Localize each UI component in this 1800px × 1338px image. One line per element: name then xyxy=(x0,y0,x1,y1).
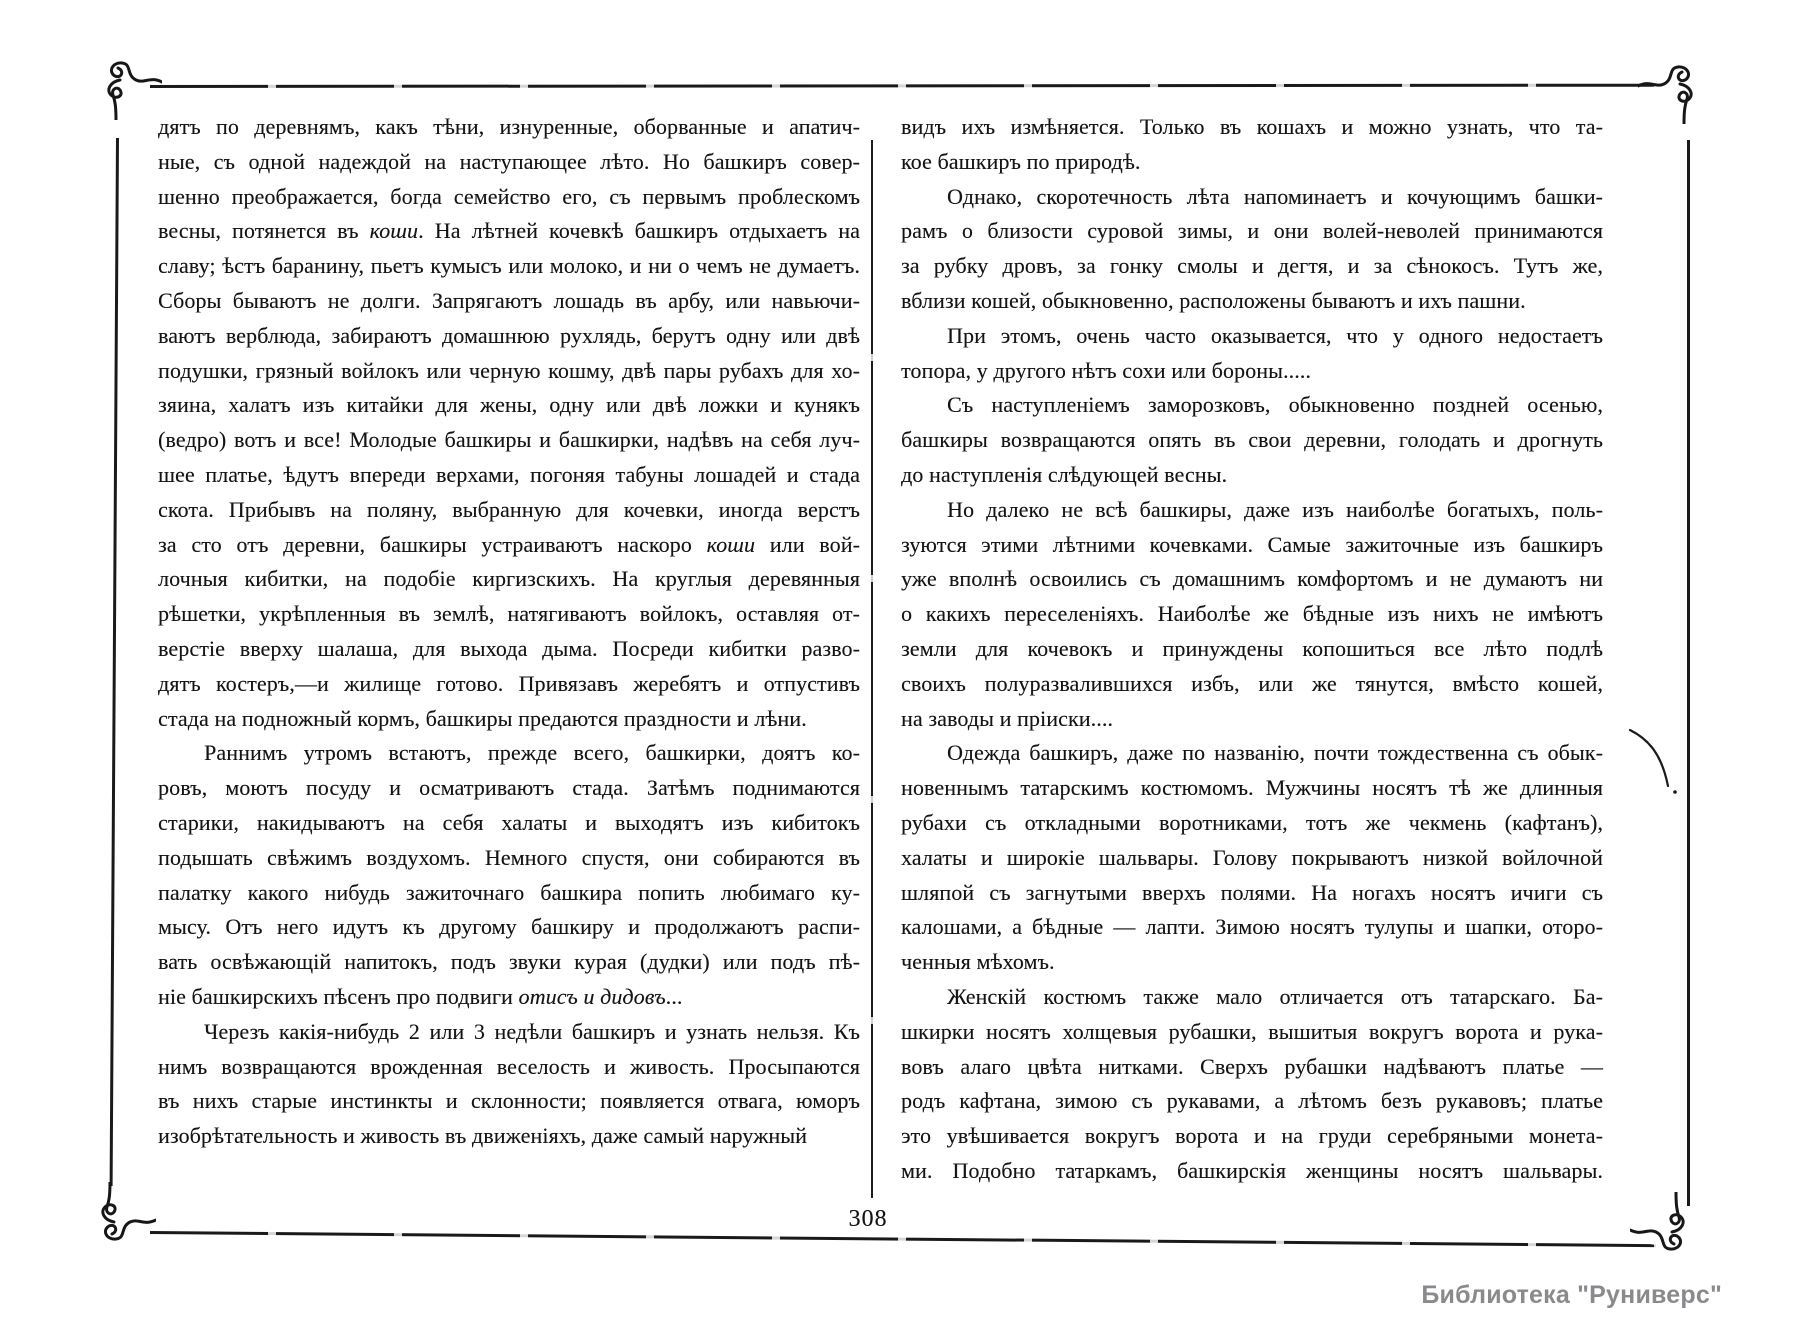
text-line: шляпой съ загнутыми вверхъ полями. На но… xyxy=(901,876,1603,911)
text-column-right: видъ ихъ измѣняется. Только въ кошахъ и … xyxy=(901,110,1603,1189)
text-line: подушки, грязный войлокъ или черную кошм… xyxy=(158,354,860,389)
text-line: палатку какого нибудь зажиточнаго башкир… xyxy=(158,876,860,911)
text-line: кое башкиръ по природѣ. xyxy=(901,145,1603,180)
text-line: стада на подножный кормъ, башкиры предаю… xyxy=(158,702,860,737)
text-line: родъ кафтана, зимою съ рукавами, а лѣтом… xyxy=(901,1084,1603,1119)
corner-flourish-icon xyxy=(1630,1192,1694,1256)
text-line: Однако, скоротечность лѣта напоминаетъ и… xyxy=(901,180,1603,215)
text-line: въ нихъ старые инстинкты и склонности; п… xyxy=(158,1084,860,1119)
page-number: 308 xyxy=(818,1206,918,1233)
text-line: Сборы бываютъ не долги. Запрягаютъ лошад… xyxy=(158,284,860,319)
page-border-left xyxy=(110,138,119,1186)
text-line: топора, у другого нѣтъ сохи или бороны..… xyxy=(901,354,1603,389)
page-border-bottom xyxy=(150,1231,1656,1247)
text-line: новеннымъ татарскимъ костюмомъ. Мужчины … xyxy=(901,771,1603,806)
text-line: рубахи съ откладными воротниками, тотъ ж… xyxy=(901,806,1603,841)
text-line: изобрѣтательность и живость въ движеніях… xyxy=(158,1119,860,1154)
text-line: шее платье, ѣдутъ впереди верхами, погон… xyxy=(158,458,860,493)
text-line: верстіе вверху шалаша, для выхода дыма. … xyxy=(158,632,860,667)
text-line: на заводы и пріиски.... xyxy=(901,702,1603,737)
text-line: о какихъ переселеніяхъ. Наиболѣе же бѣдн… xyxy=(901,597,1603,632)
text-line: (ведро) вотъ и все! Молодые башкиры и ба… xyxy=(158,423,860,458)
corner-flourish-icon xyxy=(1638,60,1702,124)
text-line: рамъ о близости суровой зимы, и они воле… xyxy=(901,214,1603,249)
text-line: за рубку дровъ, за гонку смолы и дегтя, … xyxy=(901,249,1603,284)
text-line: это увѣшивается вокругъ ворота и на груд… xyxy=(901,1119,1603,1154)
text-line: ніе башкирскихъ пѣсенъ про подвиги отисъ… xyxy=(158,980,860,1015)
text-line: видъ ихъ измѣняется. Только въ кошахъ и … xyxy=(901,110,1603,145)
text-line: шенно преображается, богда семейство его… xyxy=(158,180,860,215)
text-line: дятъ по деревнямъ, какъ тѣни, изнуренные… xyxy=(158,110,860,145)
page-border-right xyxy=(1687,140,1690,1206)
text-line: за сто отъ деревни, башкиры устраиваютъ … xyxy=(158,528,860,563)
text-line: ные, съ одной надеждой на наступающее лѣ… xyxy=(158,145,860,180)
text-line: славу; ѣстъ баранину, пьетъ кумысъ или м… xyxy=(158,249,860,284)
text-line: шкирки носятъ холщевыя рубашки, вышитыя … xyxy=(901,1015,1603,1050)
text-line: весны, потянется въ коши. На лѣтней коче… xyxy=(158,214,860,249)
text-line: старики, накидываютъ на себя халаты и вы… xyxy=(158,806,860,841)
text-line: вать освѣжающій напитокъ, подъ звуки кур… xyxy=(158,945,860,980)
text-line: зяина, халатъ изъ китайки для жены, одну… xyxy=(158,388,860,423)
text-line: вовъ алаго цвѣта нитками. Сверхъ рубашки… xyxy=(901,1050,1603,1085)
column-divider xyxy=(871,140,873,1198)
text-line: зуются этими лѣтними кочевками. Самые за… xyxy=(901,528,1603,563)
text-line: дятъ костеръ,—и жилище готово. Привязавъ… xyxy=(158,667,860,702)
scanned-page: дятъ по деревнямъ, какъ тѣни, изнуренные… xyxy=(0,0,1800,1338)
corner-flourish-icon xyxy=(98,56,162,120)
text-line: При этомъ, очень часто оказывается, что … xyxy=(901,319,1603,354)
text-line: Съ наступленіемъ заморозковъ, обыкновенн… xyxy=(901,388,1603,423)
text-line: уже вполнѣ освоились съ домашнимъ комфор… xyxy=(901,562,1603,597)
library-watermark: Библиотека "Руниверс" xyxy=(1421,1281,1722,1310)
text-line: нимъ возвращаются врожденная веселость и… xyxy=(158,1050,860,1085)
text-line: калошами, а бѣдные — лапти. Зимою носятъ… xyxy=(901,910,1603,945)
text-line: до наступленія слѣдующей весны. xyxy=(901,458,1603,493)
text-line: скота. Прибывъ на поляну, выбранную для … xyxy=(158,493,860,528)
text-line: Черезъ какія-нибудь 2 или 3 недѣли башки… xyxy=(158,1015,860,1050)
text-line: земли для кочевокъ и принуждены копошить… xyxy=(901,632,1603,667)
text-line: Одежда башкиръ, даже по названію, почти … xyxy=(901,736,1603,771)
text-column-left: дятъ по деревнямъ, какъ тѣни, изнуренные… xyxy=(158,110,860,1154)
page-border-top xyxy=(150,84,1656,88)
text-line: вблизи кошей, обыкновенно, расположены б… xyxy=(901,284,1603,319)
text-line: подышать свѣжимъ воздухомъ. Немного спус… xyxy=(158,841,860,876)
text-line: башкиры возвращаются опять въ свои дерев… xyxy=(901,423,1603,458)
text-line: Раннимъ утромъ встаютъ, прежде всего, ба… xyxy=(158,736,860,771)
text-line: рѣшетки, укрѣпленныя въ землѣ, натягиваю… xyxy=(158,597,860,632)
text-line: своихъ полуразвалившихся избъ, или же тя… xyxy=(901,667,1603,702)
text-line: ми. Подобно татаркамъ, башкирскія женщин… xyxy=(901,1154,1603,1189)
text-line: Женскій костюмъ также мало отличается от… xyxy=(901,980,1603,1015)
corner-flourish-icon xyxy=(92,1182,156,1246)
text-line: мысу. Отъ него идутъ къ другому башкиру … xyxy=(158,910,860,945)
text-line: ваютъ верблюда, забираютъ домашнюю рухля… xyxy=(158,319,860,354)
text-line: Но далеко не всѣ башкиры, даже изъ наибо… xyxy=(901,493,1603,528)
text-line: ровъ, моютъ посуду и осматриваютъ стада.… xyxy=(158,771,860,806)
ink-stroke xyxy=(1624,724,1684,796)
text-line: халаты и широкіе шальвары. Голову покрыв… xyxy=(901,841,1603,876)
text-line: ченныя мѣхомъ. xyxy=(901,945,1603,980)
text-line: лочныя кибитки, на подобіе киргизскихъ. … xyxy=(158,562,860,597)
